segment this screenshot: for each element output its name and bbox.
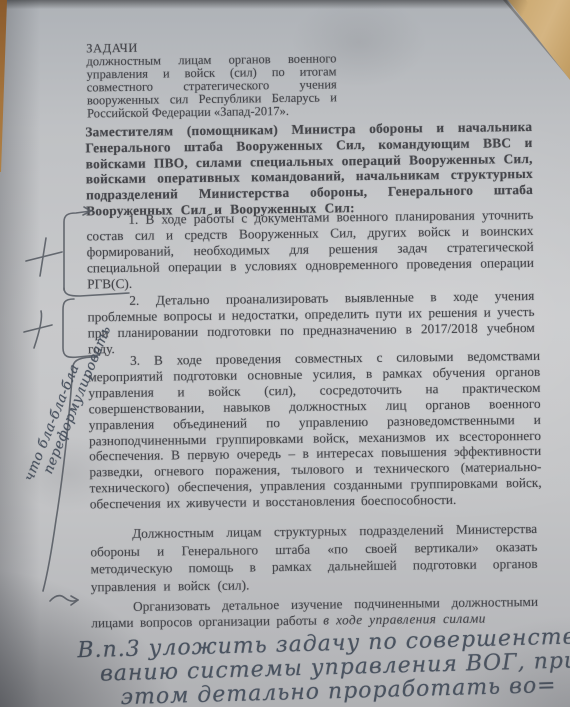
closing-paragraph: Организовать детальное изучение подчинен… (91, 594, 538, 632)
address-paragraph: Заместителям (помощникам) Министра оборо… (85, 119, 533, 219)
title-block: ЗАДАЧИ должностным лицам органов военног… (86, 39, 337, 120)
bottom-handwritten-note: В.п.3 уложить задачу по совершенство- ва… (77, 625, 570, 707)
photo-frame: ЗАДАЧИ должностным лицам органов военног… (0, 0, 570, 707)
document-subtitle: должностным лицам органов военного управ… (86, 51, 337, 120)
task-1-paragraph: 1. В ходе работы с документами военного … (86, 207, 534, 293)
closing-italic-text: в ходе управления силами (323, 611, 486, 628)
task-3-paragraph: 3. В ходе проведения совместных с силовы… (88, 348, 542, 513)
task-2-paragraph: 2. Детально проанализировать выявленные … (87, 288, 535, 358)
photo-of-document: { "photo": { "scene": "paper document ly… (0, 0, 570, 707)
guidance-paragraph: Должностным лицам структурных подразделе… (90, 520, 538, 596)
